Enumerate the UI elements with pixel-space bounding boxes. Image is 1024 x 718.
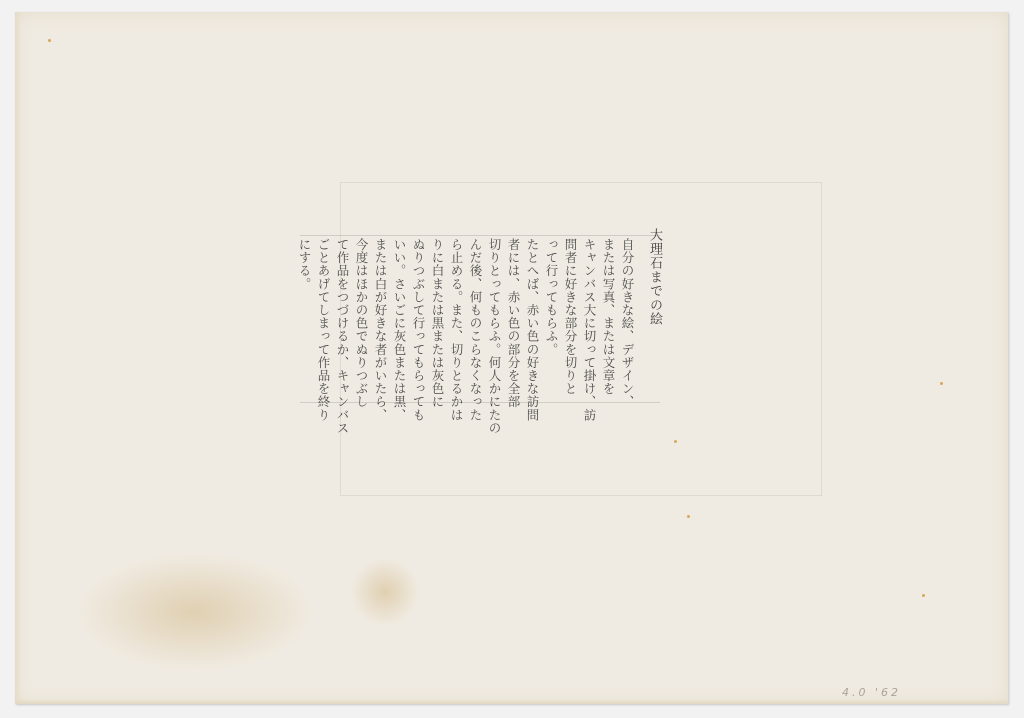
handwritten-instructions: 大理石までの絵 自分の好きな絵、デザイン、 または写真、または文章を キャンバス… (285, 228, 665, 408)
body-line: または写真、または文章を (599, 238, 618, 408)
body-line: 今度はほかの色でぬりつぶし (352, 238, 371, 408)
body-line: 自分の好きな絵、デザイン、 (618, 238, 637, 408)
spot (922, 594, 925, 597)
stain-center (350, 557, 420, 627)
body-line: って行ってもらふ。 (542, 238, 561, 408)
body-line: にする。 (295, 238, 314, 408)
stain-lower-left (75, 552, 315, 672)
body-line: 問者に好きな部分を切りと (561, 238, 580, 408)
body-line: ら止める。また、切りとるかは (447, 238, 466, 408)
paper-edge-left (15, 12, 21, 704)
document-title: 大理石までの絵 (643, 228, 665, 408)
date-annotation: 4.0 '62 (842, 686, 901, 699)
body-line: 者には、赤い色の部分を全部 (504, 238, 523, 408)
spot (687, 515, 690, 518)
body-line: りに白または黒または灰色に (428, 238, 447, 408)
body-line: キャンバス大に切って掛け、訪 (580, 238, 599, 408)
body-line: んだ後、何ものこらなくなった (466, 238, 485, 408)
spot (48, 39, 51, 42)
spot (940, 382, 943, 385)
body-line: または白が好きな者がいたら、 (371, 238, 390, 408)
body-line: ごとあげてしまって作品を終り (314, 238, 333, 408)
body-line: いい。さいごに灰色または黒、 (390, 238, 409, 408)
paper-edge-bottom (15, 699, 1008, 704)
body-line: 切りとってもらふ。何人かにたの (485, 238, 504, 408)
body-line: ぬりつぶして行ってもらっても (409, 238, 428, 408)
body-line: たとへば、赤い色の好きな訪問 (523, 238, 542, 408)
body-line: て作品をつづけるか、キャンバス (333, 238, 352, 408)
